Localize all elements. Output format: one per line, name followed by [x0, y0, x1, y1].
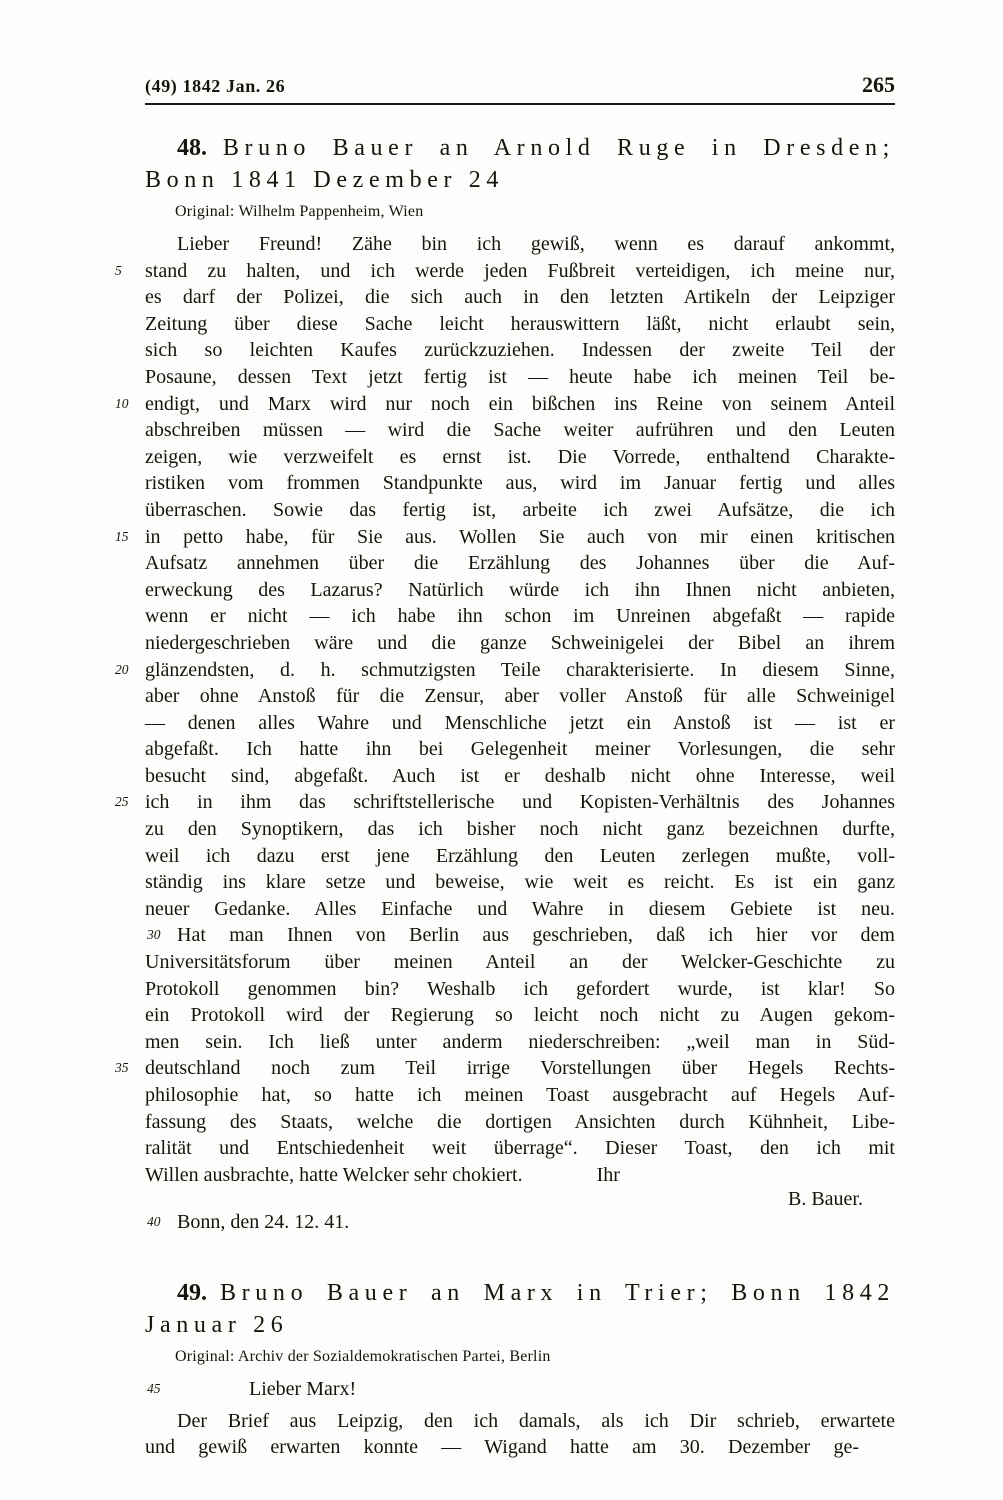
line-text: ich in ihm das schriftstellerische und K…	[145, 791, 895, 813]
margin-line-number: 5	[115, 264, 141, 278]
line-text: Zeitung über diese Sache leicht herauswi…	[145, 313, 895, 335]
margin-line-number: 10	[115, 397, 141, 411]
line-text: Aufsatz annehmen über die Erzählung des …	[145, 552, 895, 574]
text-line: Protokoll genommen bin? Weshalb ich gefo…	[145, 976, 895, 1003]
line-text: neuer Gedanke. Alles Einfache und Wahre …	[145, 898, 895, 920]
text-line: wenn er nicht — ich habe ihn schon im Un…	[145, 603, 895, 630]
margin-line-number: 35	[115, 1061, 141, 1075]
running-header: (49) 1842 Jan. 26 265	[145, 72, 895, 105]
letter-48-body: Lieber Freund! Zähe bin ich gewiß, wenn …	[145, 231, 895, 1188]
margin-line-number: 25	[115, 795, 141, 809]
letter-49-title-continued: Januar 26	[145, 1312, 288, 1338]
text-line: besucht sind, abgefaßt. Auch ist er desh…	[145, 763, 895, 790]
margin-line-number: 20	[115, 663, 141, 677]
line-text: niedergeschrieben wäre und die ganze Sch…	[145, 632, 895, 654]
line-text: zeigen, wie verzweifelt es ernst ist. Di…	[145, 446, 895, 468]
line-text: wenn er nicht — ich habe ihn schon im Un…	[145, 605, 895, 627]
letter-49-section: 49. Bruno Bauer an Marx in Trier; Bonn 1…	[145, 1277, 895, 1461]
letter-48-heading: 48. Bruno Bauer an Arnold Ruge in Dresde…	[145, 132, 895, 196]
text-line: Universitätsforum über meinen Anteil an …	[145, 949, 895, 976]
text-line: zeigen, wie verzweifelt es ernst ist. Di…	[145, 444, 895, 471]
margin-line-number: 45	[147, 1382, 173, 1396]
text-line: ralität und Entschiedenheit weit überrag…	[145, 1135, 895, 1162]
text-line: Willen ausbrachte, hatte Welcker sehr ch…	[145, 1162, 895, 1189]
line-text: überraschen. Sowie das fertig ist, arbei…	[145, 499, 895, 521]
line-text: besucht sind, abgefaßt. Auch ist er desh…	[145, 765, 895, 787]
line-text: abschreiben müssen — wird die Sache weit…	[145, 419, 895, 441]
line-text: aber ohne Anstoß für die Zensur, aber vo…	[145, 685, 895, 707]
line-text: es darf der Polizei, die sich auch in de…	[145, 286, 895, 308]
signature: B. Bauer.	[788, 1188, 863, 1210]
line-text: erweckung des Lazarus? Natürlich würde i…	[145, 579, 895, 601]
text-line: 20glänzendsten, d. h. schmutzigsten Teil…	[145, 657, 895, 684]
letter-48-number: 48.	[177, 135, 207, 161]
line-text: Lieber Marx!	[249, 1378, 356, 1400]
line-text: Willen ausbrachte, hatte Welcker sehr ch…	[145, 1164, 523, 1186]
line-text: endigt, und Marx wird nur noch ein bißch…	[145, 393, 895, 415]
text-line: weil ich dazu erst jene Erzählung den Le…	[145, 843, 895, 870]
text-line: 25ich in ihm das schriftstellerische und…	[145, 789, 895, 816]
line-text: abgefaßt. Ich hatte ihn bei Gelegenheit …	[145, 738, 895, 760]
line-text: ein Protokoll wird der Regierung so leic…	[145, 1004, 895, 1026]
text-line: Posaune, dessen Text jetzt fertig ist — …	[145, 364, 895, 391]
letter-48-closing: B. Bauer. 40Bonn, den 24. 12. 41.	[145, 1189, 895, 1236]
text-line: 45Lieber Marx!	[145, 1376, 895, 1403]
line-text: Universitätsforum über meinen Anteil an …	[145, 951, 895, 973]
letter-49-source-note: Original: Archiv der Sozialdemokratische…	[175, 1346, 895, 1367]
page-number: 265	[862, 72, 895, 98]
text-line: — denen alles Wahre und Menschliche jetz…	[145, 710, 895, 737]
text-line: Lieber Freund! Zähe bin ich gewiß, wenn …	[145, 231, 895, 258]
letter-48-heading-line-1: 48. Bruno Bauer an Arnold Ruge in Dresde…	[145, 132, 895, 164]
text-line: und gewiß erwarten konnte — Wigand hatte…	[145, 1434, 895, 1461]
line-text: in petto habe, für Sie aus. Wollen Sie a…	[145, 526, 895, 548]
text-line: zu den Synoptikern, das ich bisher noch …	[145, 816, 895, 843]
text-line: sich so leichten Kaufes zurückzuziehen. …	[145, 337, 895, 364]
letter-49-heading-line-2: Januar 26	[145, 1309, 895, 1341]
text-line: 35deutschland noch zum Teil irrige Vorst…	[145, 1055, 895, 1082]
signature-line: B. Bauer.	[145, 1189, 895, 1210]
line-text: ralität und Entschiedenheit weit überrag…	[145, 1137, 895, 1159]
letter-48-section: 48. Bruno Bauer an Arnold Ruge in Dresde…	[145, 132, 895, 1236]
line-text: Lieber Freund! Zähe bin ich gewiß, wenn …	[177, 233, 895, 255]
letter-49-title: Bruno Bauer an Marx in Trier; Bonn 1842	[220, 1280, 895, 1306]
running-head-text: (49) 1842 Jan. 26	[145, 76, 285, 97]
text-line: Der Brief aus Leipzig, den ich damals, a…	[145, 1408, 895, 1435]
line-text: Der Brief aus Leipzig, den ich damals, a…	[177, 1410, 895, 1432]
letter-48-title-continued: Bonn 1841 Dezember 24	[145, 167, 504, 193]
text-line: erweckung des Lazarus? Natürlich würde i…	[145, 577, 895, 604]
text-line: aber ohne Anstoß für die Zensur, aber vo…	[145, 683, 895, 710]
line-text: — denen alles Wahre und Menschliche jetz…	[145, 712, 895, 734]
text-line: überraschen. Sowie das fertig ist, arbei…	[145, 497, 895, 524]
book-page: (49) 1842 Jan. 26 265 48. Bruno Bauer an…	[0, 0, 1003, 1500]
text-line: 10endigt, und Marx wird nur noch ein biß…	[145, 391, 895, 418]
line-text: glänzendsten, d. h. schmutzigsten Teile …	[145, 659, 895, 681]
line-text: weil ich dazu erst jene Erzählung den Le…	[145, 845, 895, 867]
letter-49-body: 45Lieber Marx!Der Brief aus Leipzig, den…	[145, 1376, 895, 1461]
line-text: zu den Synoptikern, das ich bisher noch …	[145, 818, 895, 840]
line-text: men sein. Ich ließ unter anderm niedersc…	[145, 1031, 895, 1053]
letter-49-heading-line-1: 49. Bruno Bauer an Marx in Trier; Bonn 1…	[145, 1277, 895, 1309]
letter-49-heading: 49. Bruno Bauer an Marx in Trier; Bonn 1…	[145, 1277, 895, 1341]
margin-line-number: 30	[147, 928, 173, 942]
line-text: fassung des Staats, welche die dortigen …	[145, 1111, 895, 1133]
line-text: deutschland noch zum Teil irrige Vorstel…	[145, 1057, 895, 1079]
valediction: Ihr	[597, 1164, 620, 1186]
margin-line-number: 40	[147, 1215, 173, 1229]
line-text: Hat man Ihnen von Berlin aus geschrieben…	[177, 924, 895, 946]
text-line: 30Hat man Ihnen von Berlin aus geschrieb…	[145, 922, 895, 949]
line-text: Bonn, den 24. 12. 41.	[177, 1211, 349, 1233]
text-line: abgefaßt. Ich hatte ihn bei Gelegenheit …	[145, 736, 895, 763]
text-line: men sein. Ich ließ unter anderm niedersc…	[145, 1029, 895, 1056]
text-line: 40Bonn, den 24. 12. 41.	[145, 1209, 895, 1236]
text-line: Aufsatz annehmen über die Erzählung des …	[145, 550, 895, 577]
text-line: abschreiben müssen — wird die Sache weit…	[145, 417, 895, 444]
letter-48-heading-line-2: Bonn 1841 Dezember 24	[145, 164, 895, 196]
text-line: neuer Gedanke. Alles Einfache und Wahre …	[145, 896, 895, 923]
line-text: Posaune, dessen Text jetzt fertig ist — …	[145, 366, 895, 388]
margin-line-number: 15	[115, 530, 141, 544]
line-text: philosophie hat, so hatte ich meinen Toa…	[145, 1084, 895, 1106]
text-line: ein Protokoll wird der Regierung so leic…	[145, 1002, 895, 1029]
line-text: sich so leichten Kaufes zurückzuziehen. …	[145, 339, 895, 361]
letter-49-number: 49.	[177, 1280, 207, 1306]
letter-48-source-note: Original: Wilhelm Pappenheim, Wien	[175, 201, 895, 222]
line-text: ständig ins klare setze und beweise, wie…	[145, 871, 895, 893]
dateline-slot: 40Bonn, den 24. 12. 41.	[145, 1209, 895, 1236]
text-line: philosophie hat, so hatte ich meinen Toa…	[145, 1082, 895, 1109]
line-text: Protokoll genommen bin? Weshalb ich gefo…	[145, 978, 895, 1000]
text-line: ristiken vom frommen Standpunkte aus, wi…	[145, 470, 895, 497]
text-line: ständig ins klare setze und beweise, wie…	[145, 869, 895, 896]
text-line: Zeitung über diese Sache leicht herauswi…	[145, 311, 895, 338]
text-line: fassung des Staats, welche die dortigen …	[145, 1109, 895, 1136]
line-text: stand zu halten, und ich werde jeden Fuß…	[145, 260, 895, 282]
text-line: 5stand zu halten, und ich werde jeden Fu…	[145, 258, 895, 285]
line-text: und gewiß erwarten konnte — Wigand hatte…	[145, 1436, 859, 1458]
letter-48-title: Bruno Bauer an Arnold Ruge in Dresden;	[223, 135, 895, 161]
text-line: es darf der Polizei, die sich auch in de…	[145, 284, 895, 311]
text-line: 15in petto habe, für Sie aus. Wollen Sie…	[145, 524, 895, 551]
line-text: ristiken vom frommen Standpunkte aus, wi…	[145, 472, 895, 494]
text-line: niedergeschrieben wäre und die ganze Sch…	[145, 630, 895, 657]
